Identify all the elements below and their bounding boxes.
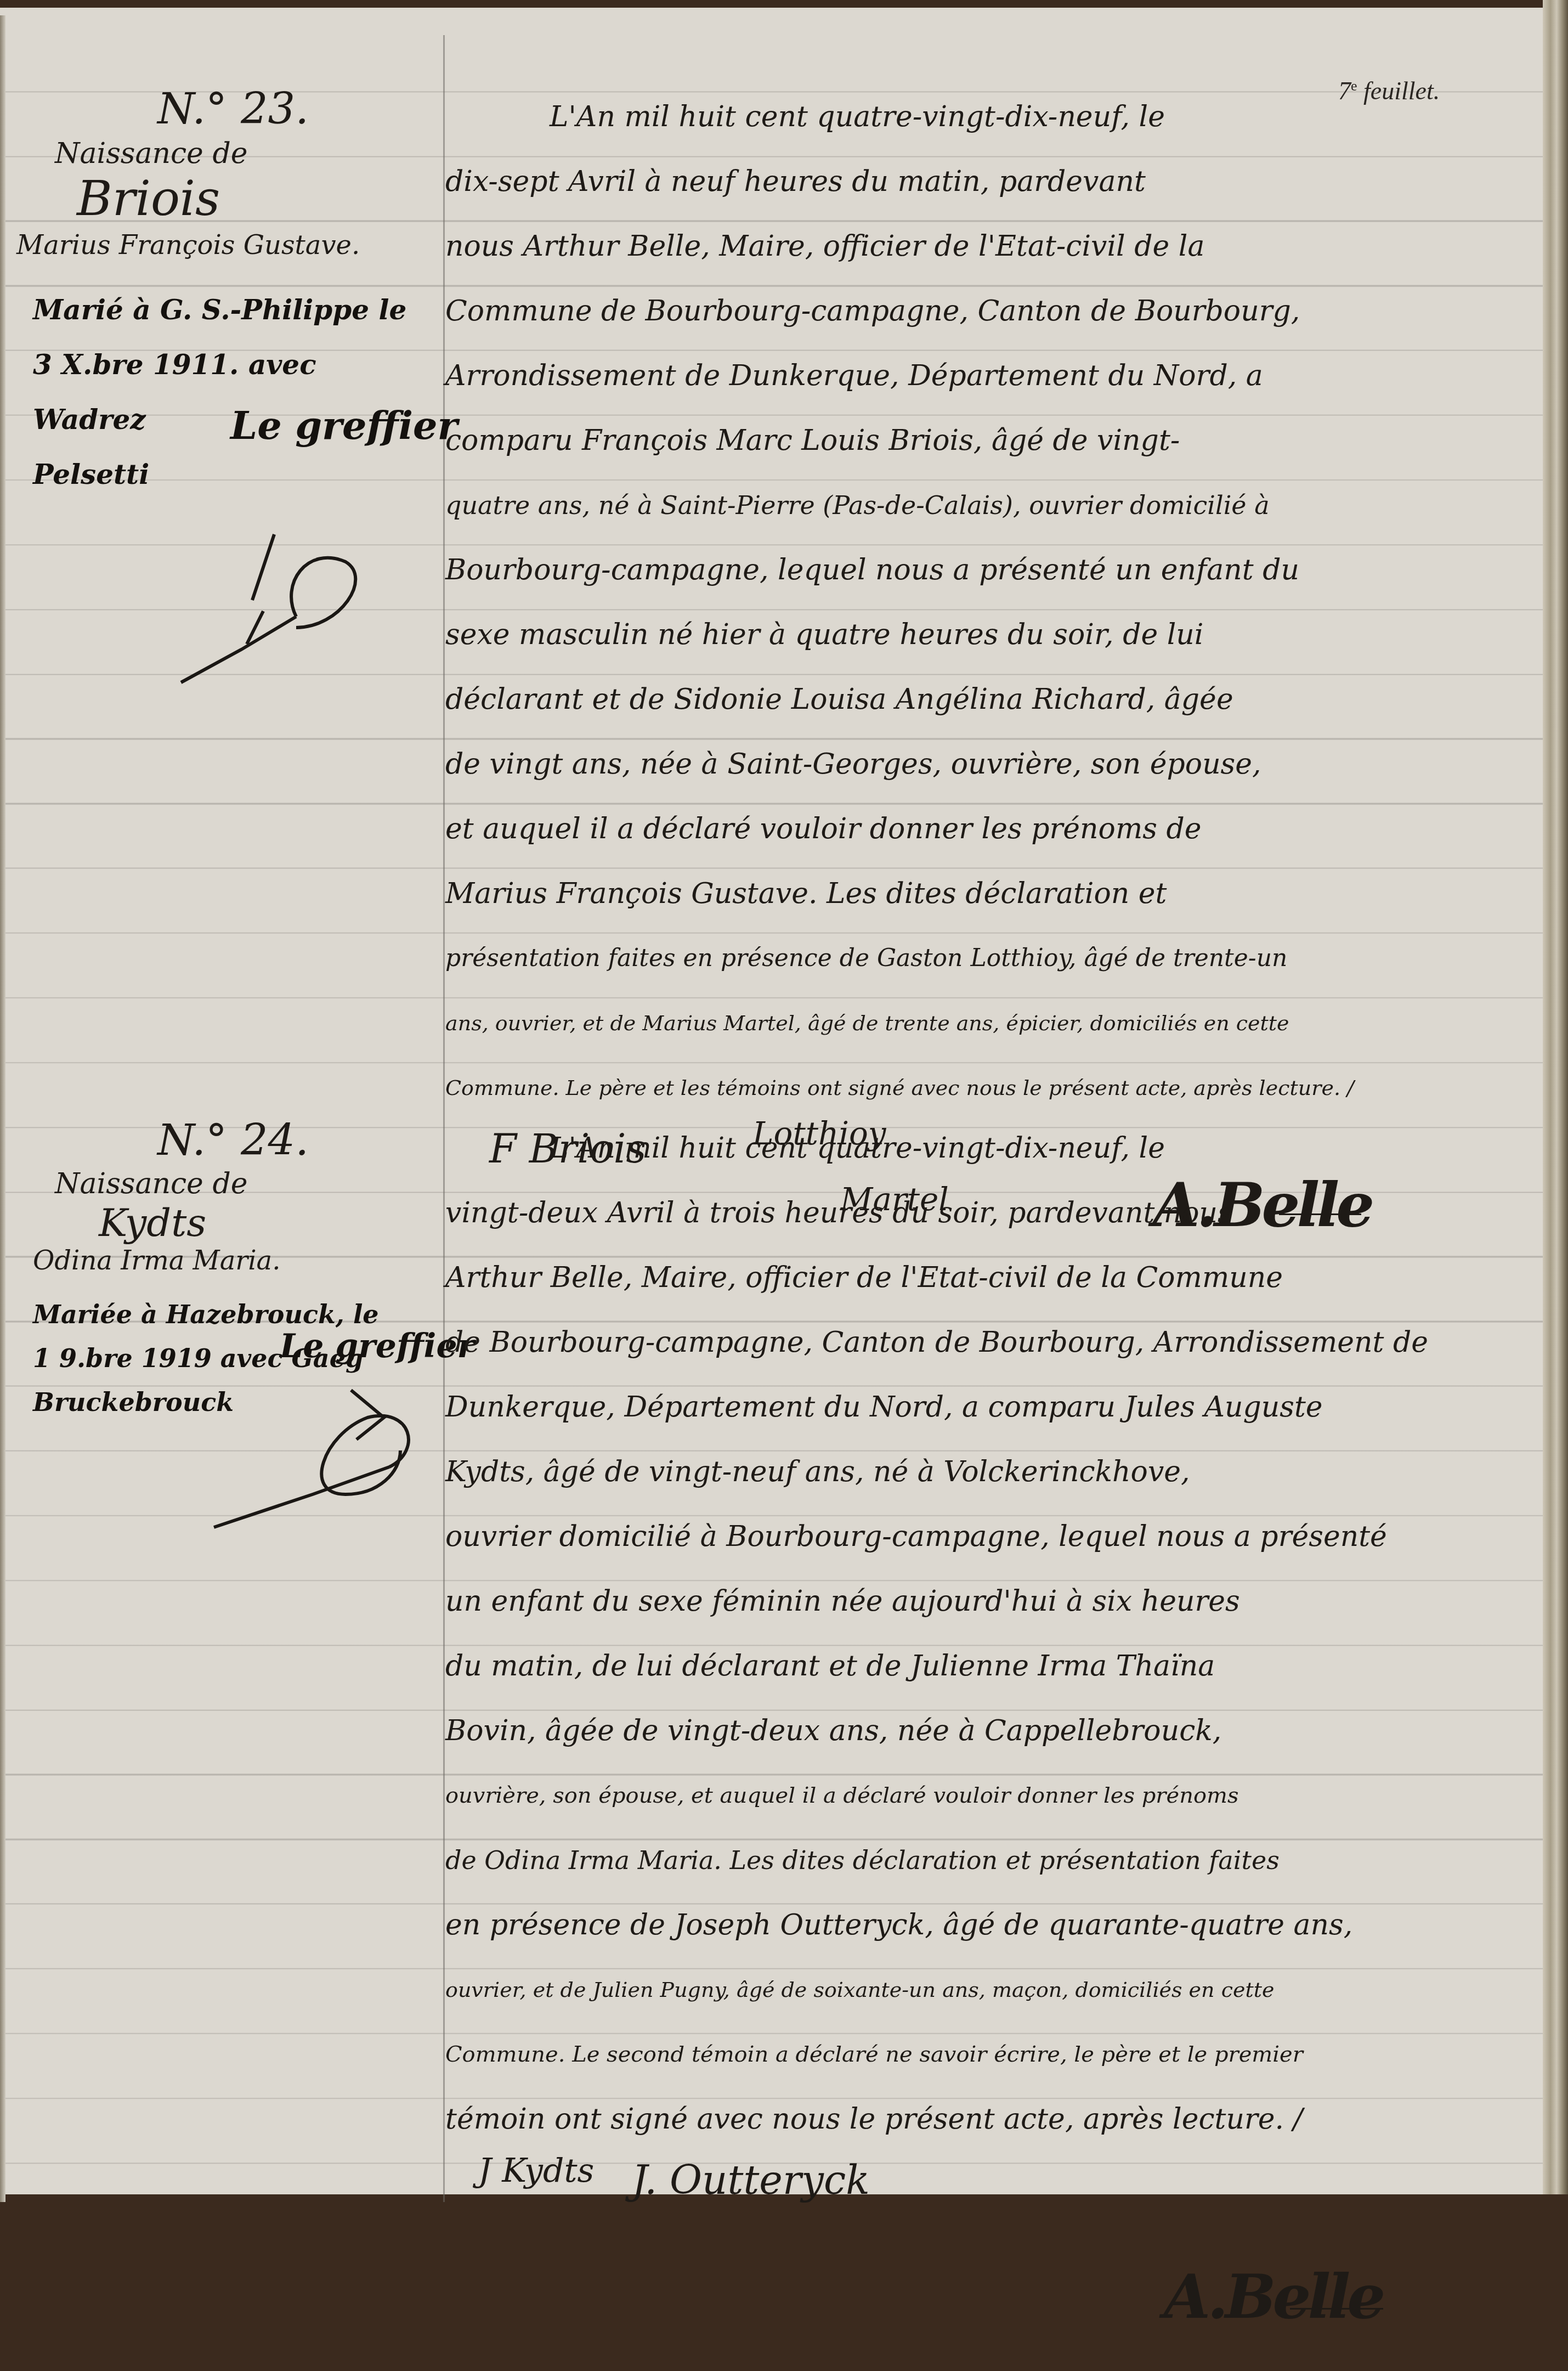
signature-father: J Kydts: [478, 2152, 594, 2190]
paraph-flourish-icon: [203, 1385, 433, 1538]
act-line: Commune. Le père et les témoins ont sign…: [445, 1055, 1520, 1120]
entry-24-margin: N.° 24. Naissance de Kydts Odina Irma Ma…: [11, 1116, 433, 1424]
signature-witness-1: J. Outteryck: [632, 2157, 870, 2194]
act-line: vingt-deux Avril à trois heures du soir,…: [445, 1181, 1520, 1245]
act-line: L'An mil huit cent quatre-vingt-dix-neuf…: [445, 84, 1520, 149]
entry-label: Naissance de: [55, 1167, 433, 1200]
act-line: de Bourbourg-campagne, Canton de Bourbou…: [445, 1310, 1520, 1375]
act-line: ans, ouvrier, et de Marius Martel, âgé d…: [445, 991, 1520, 1055]
act-line: comparu François Marc Louis Briois, âgé …: [445, 408, 1520, 473]
act-line: Bovin, âgée de vingt-deux ans, née à Cap…: [445, 1698, 1520, 1763]
signatures-row: J Kydts J. Outteryck A.Belle: [445, 2152, 1520, 2194]
act-line: présentation faites en présence de Gasto…: [445, 926, 1520, 991]
act-line: et auquel il a déclaré vouloir donner le…: [445, 797, 1520, 861]
act-line: L'An mil huit cent quatre-vingt-dix-neuf…: [445, 1116, 1520, 1181]
act-line: ouvrière, son épouse, et auquel il a déc…: [445, 1763, 1520, 1828]
entry-24-act: L'An mil huit cent quatre-vingt-dix-neuf…: [445, 1116, 1520, 2194]
margin-rule: [443, 35, 445, 2194]
page-binding-edge: [0, 15, 5, 2194]
entry-given-names: Marius François Gustave.: [16, 230, 433, 261]
act-line: nous Arthur Belle, Maire, officier de l'…: [445, 214, 1520, 279]
act-line: déclarant et de Sidonie Louisa Angélina …: [445, 667, 1520, 732]
act-line: Marius François Gustave. Les dites décla…: [445, 861, 1520, 926]
entry-number: N.° 23.: [33, 84, 433, 134]
entry-given-names: Odina Irma Maria.: [33, 1245, 433, 1276]
register-page: 7e feuillet. N.° 23. Naissance de Briois…: [0, 8, 1556, 2194]
act-line: du matin, de lui déclarant et de Julienn…: [445, 1634, 1520, 1698]
act-line: un enfant du sexe féminin née aujourd'hu…: [445, 1569, 1520, 1634]
act-line: Dunkerque, Département du Nord, a compar…: [445, 1375, 1520, 1439]
act-line: Bourbourg-campagne, lequel nous a présen…: [445, 538, 1520, 602]
act-line: de Odina Irma Maria. Les dites déclarati…: [445, 1828, 1520, 1893]
act-line: ouvrier domicilié à Bourbourg-campagne, …: [445, 1504, 1520, 1569]
act-line: ouvrier, et de Julien Pugny, âgé de soix…: [445, 1957, 1520, 2022]
act-line: en présence de Joseph Outteryck, âgé de …: [445, 1893, 1520, 1957]
entry-surname: Kydts: [99, 1200, 433, 1245]
act-line: dix-sept Avril à neuf heures du matin, p…: [445, 149, 1520, 214]
act-line: témoin ont signé avec nous le présent ac…: [445, 2087, 1520, 2152]
act-line: sexe masculin né hier à quatre heures du…: [445, 602, 1520, 667]
act-line: Arthur Belle, Maire, officier de l'Etat-…: [445, 1245, 1520, 1310]
act-line: Commune. Le second témoin a déclaré ne s…: [445, 2022, 1520, 2087]
paraph-flourish-icon: [165, 501, 395, 699]
entry-surname: Briois: [77, 170, 433, 227]
book-edge: [1543, 0, 1568, 2194]
entry-number: N.° 24.: [33, 1116, 433, 1165]
act-line: Arrondissement de Dunkerque, Département…: [445, 343, 1520, 408]
entry-label: Naissance de: [55, 137, 433, 170]
act-line: de vingt ans, née à Saint-Georges, ouvri…: [445, 732, 1520, 797]
act-line: Kydts, âgé de vingt-neuf ans, né à Volck…: [445, 1439, 1520, 1504]
act-line: quatre ans, né à Saint-Pierre (Pas-de-Ca…: [445, 473, 1520, 538]
marriage-annotation: Marié à G. S.-Philippe le 3 X.bre 1911. …: [33, 283, 433, 502]
act-line: Commune de Bourbourg-campagne, Canton de…: [445, 279, 1520, 343]
greffier-signature: Le greffier: [230, 403, 457, 448]
entry-23-act: L'An mil huit cent quatre-vingt-dix-neuf…: [445, 84, 1520, 1263]
